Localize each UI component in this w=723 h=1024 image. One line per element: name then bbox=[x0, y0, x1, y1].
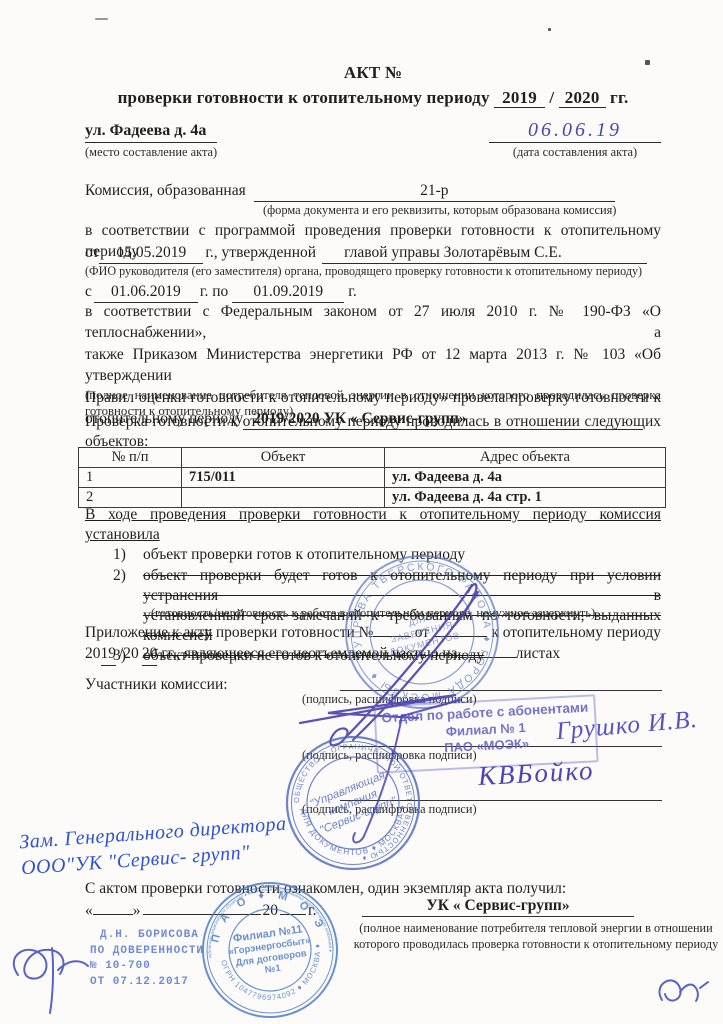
ack-org-caption: (полное наименование потребителя теплово… bbox=[352, 921, 720, 952]
signature-caption-3: (подпись, расшифровка подписи) bbox=[302, 802, 477, 817]
borisova-attorney-stamp: Д.Н. БОРИСОВА ПО ДОВЕРЕННОСТИ № 10-700 О… bbox=[90, 928, 204, 990]
svg-text:Филиал №11: Филиал №11 bbox=[232, 923, 303, 945]
svg-text:№1: №1 bbox=[264, 963, 282, 976]
date-block: 06.06.19 (дата составления акта) bbox=[489, 120, 661, 161]
findings-heading: В ходе проведения проверки готовности к … bbox=[85, 505, 661, 545]
ack-org: УК « Сервис-групп» bbox=[362, 897, 634, 917]
approved-by: главой управы Золотарёвым С.Е. bbox=[322, 242, 647, 264]
heating-year-1: 2019 bbox=[494, 88, 545, 108]
table-header-row: № п/п Объект Адрес объекта bbox=[79, 448, 666, 468]
finding-item-1: 1) объект проверки готов к отопительному… bbox=[85, 545, 661, 565]
date-handwritten: 06.06.19 bbox=[489, 120, 661, 143]
heating-year-2: 2020 bbox=[559, 88, 606, 108]
commission-formed-blank: 21-р bbox=[254, 180, 615, 202]
ack-year-blank bbox=[280, 914, 306, 915]
scanned-act-document: АКТ № проверки готовности к отопительном… bbox=[0, 0, 723, 1024]
appendix-sheets-blank bbox=[458, 657, 516, 658]
handwritten-position-note: Зам. Генерального директора ООО"УК "Серв… bbox=[19, 811, 290, 882]
appendix-year-1: 19 bbox=[101, 643, 117, 665]
signature-line-3 bbox=[340, 784, 662, 801]
signature-caption-2: (подпись, расшифровка подписи) bbox=[302, 748, 477, 763]
svg-text:«Горэнергосбыт»: «Горэнергосбыт» bbox=[228, 935, 311, 957]
place-caption: (место составление акта) bbox=[85, 145, 217, 161]
finding-item-2: 2) объект проверки будет готов к отопите… bbox=[85, 566, 661, 606]
ack-day-blank bbox=[93, 914, 133, 915]
signature-line-1 bbox=[340, 674, 662, 691]
svg-text:Для договоров: Для договоров bbox=[235, 948, 307, 969]
approved-date: 15.05.2019 bbox=[99, 242, 203, 264]
date-caption: (дата составления акта) bbox=[489, 145, 661, 161]
filial-ring-bottom-text: ОГРН 1047796974092 ♦ МОСКВА ♦ bbox=[218, 942, 328, 1009]
fio-caption: (ФИО руководителя (его заместителя) орга… bbox=[85, 264, 661, 280]
signature-line-2 bbox=[340, 730, 662, 747]
objects-table: № п/п Объект Адрес объекта 1 715/011 ул.… bbox=[78, 447, 666, 508]
table-row: 1 715/011 ул. Фадеева д. 4а bbox=[79, 468, 666, 488]
place-block: ул. Фадеева д. 4а (место составление акт… bbox=[85, 120, 217, 161]
svg-text:ОГРН 1047796974092 ♦ МОСКВА ♦: ОГРН 1047796974092 ♦ МОСКВА ♦ bbox=[218, 942, 328, 1009]
doc-header: АКТ № проверки готовности к отопительном… bbox=[85, 62, 661, 109]
approved-line: от 15.05.2019 г., утвержденной главой уп… bbox=[85, 242, 661, 264]
act-number-title: АКТ № bbox=[85, 62, 661, 83]
ack-month-blank bbox=[143, 914, 261, 915]
appendix-date-blank bbox=[433, 636, 487, 637]
appendix-year-2: 20 bbox=[142, 643, 158, 665]
signature-caption-1: (подпись, расшифровка подписи) bbox=[302, 692, 477, 707]
appendix-number-blank bbox=[373, 636, 410, 637]
scan-speck bbox=[95, 18, 108, 20]
commission-formed-line: Комиссия, образованная 21-р bbox=[85, 180, 661, 202]
scan-speck bbox=[548, 28, 551, 31]
appendix-block: Приложение к акту проверки готовности № … bbox=[85, 622, 661, 666]
place-value: ул. Фадеева д. 4а bbox=[85, 120, 217, 143]
commission-formed-caption: (форма документа и его реквизиты, которы… bbox=[85, 203, 661, 219]
findings-caption: (готовность/неготовность к работе в отоп… bbox=[85, 606, 661, 622]
act-subtitle: проверки готовности к отопительному пери… bbox=[85, 87, 661, 108]
place-date-row: ул. Фадеева д. 4а (место составление акт… bbox=[85, 120, 661, 161]
